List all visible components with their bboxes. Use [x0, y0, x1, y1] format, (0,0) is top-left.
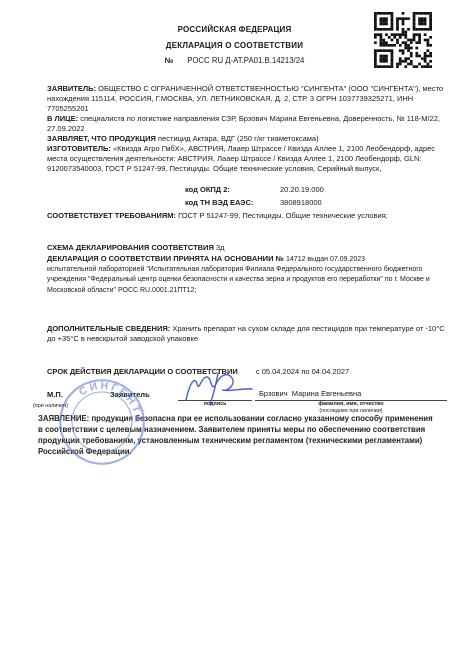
additional-info-label: ДОПОЛНИТЕЛЬНЫЕ СВЕДЕНИЯ: [47, 324, 170, 333]
basis-label: ДЕКЛАРАЦИЯ О СООТВЕТСТВИИ ПРИНЯТА НА ОСН… [47, 254, 284, 263]
manufacturer-section: ИЗГОТОВИТЕЛЬ: «Квизда Агро ГмбХ», АВСТРИ… [47, 144, 447, 174]
scheme-value: 3д [216, 243, 225, 252]
statement-label: ЗАЯВЛЕНИЕ: [38, 414, 89, 423]
number-sign: № [165, 56, 174, 65]
qr-code-icon [374, 12, 432, 68]
validity-dates: с 05.04.2024 по 04.04.2027 [256, 367, 349, 376]
basis-text: испытательной лабораторией "Испытательна… [47, 265, 447, 296]
okpd-code-value: 20.20.19.000 [280, 185, 324, 194]
scheme-label: СХЕМА ДЕКЛАРИРОВАНИЯ СООТВЕТСТВИЯ [47, 243, 214, 252]
name-caption-1: фамилия, имя, отчество [255, 401, 447, 407]
in-person-label: В ЛИЦЕ: [47, 114, 78, 123]
signature-line: подпись [178, 382, 252, 401]
declaration-number: РОСС RU Д-АТ.РА01.В.14213/24 [187, 56, 304, 65]
signer-name: Брзович Марина Евгеньевна [259, 389, 361, 398]
page-title: ДЕКЛАРАЦИЯ О СООТВЕТСТВИИ [47, 41, 422, 50]
conforms-label: СООТВЕТСТВУЕТ ТРЕБОВАНИЯМ: [47, 211, 176, 220]
declares-section: ЗАЯВЛЯЕТ, ЧТО ПРОДУКЦИЯ пестицид Актара,… [47, 134, 447, 144]
statement-section: ЗАЯВЛЕНИЕ: продукция безопасна при ее ис… [38, 413, 434, 457]
basis-ref: 14712 выдан 07.09.2023 [286, 256, 365, 263]
header-country: РОССИЙСКАЯ ФЕДЕРАЦИЯ [47, 25, 422, 34]
tnved-code-label: код ТН ВЭД ЕАЭС: [185, 198, 254, 207]
conforms-section: СООТВЕТСТВУЕТ ТРЕБОВАНИЯМ: ГОСТ Р 51247-… [47, 211, 447, 221]
declares-text: пестицид Актара, ВДГ (250 г/кг тиаметокс… [158, 134, 319, 143]
validity-label: СРОК ДЕЙСТВИЯ ДЕКЛАРАЦИИ О СООТВЕТСТВИИ [47, 367, 238, 376]
applicant-section: ЗАЯВИТЕЛЬ: ОБЩЕСТВО С ОГРАНИЧЕННОЙ ОТВЕТ… [47, 84, 447, 114]
okpd-code-label: код ОКПД 2: [185, 185, 230, 194]
scheme-section: СХЕМА ДЕКЛАРИРОВАНИЯ СООТВЕТСТВИЯ 3д [47, 243, 447, 253]
applicant-word: Заявитель [110, 390, 150, 399]
mp-label: М.П. [47, 390, 63, 399]
mp-note: (при наличии) [33, 403, 68, 409]
tnved-code-row: код ТН ВЭД ЕАЭС: 3808918000 [47, 198, 447, 210]
in-person-text: специалиста по логистике направления СЗР… [47, 114, 440, 133]
declaration-document: РОССИЙСКАЯ ФЕДЕРАЦИЯ ДЕКЛАРАЦИЯ О СООТВЕ… [0, 0, 459, 650]
statement-text: продукция безопасна при ее использовании… [38, 414, 433, 456]
manufacturer-label: ИЗГОТОВИТЕЛЬ: [47, 144, 111, 153]
additional-info-section: ДОПОЛНИТЕЛЬНЫЕ СВЕДЕНИЯ: Хранить препара… [47, 324, 447, 344]
applicant-text: ОБЩЕСТВО С ОГРАНИЧЕННОЙ ОТВЕТСТВЕННОСТЬЮ… [47, 84, 443, 113]
tnved-code-value: 3808918000 [280, 198, 322, 207]
basis-section: ДЕКЛАРАЦИЯ О СООТВЕТСТВИИ ПРИНЯТА НА ОСН… [47, 254, 447, 265]
validity-section: СРОК ДЕЙСТВИЯ ДЕКЛАРАЦИИ О СООТВЕТСТВИИ … [47, 367, 447, 377]
signature-caption: подпись [178, 401, 252, 407]
okpd-code-row: код ОКПД 2: 20.20.19.000 [47, 185, 447, 197]
declares-label: ЗАЯВЛЯЕТ, ЧТО ПРОДУКЦИЯ [47, 134, 156, 143]
conforms-text: ГОСТ Р 51247-99, Пестициды. Общие технич… [178, 211, 388, 220]
declaration-number-row: № РОСС RU Д-АТ.РА01.В.14213/24 [47, 56, 422, 65]
in-person-section: В ЛИЦЕ: специалиста по логистике направл… [47, 114, 447, 134]
name-line: Брзович Марина Евгеньевна фамилия, имя, … [255, 382, 447, 401]
applicant-label: ЗАЯВИТЕЛЬ: [47, 84, 96, 93]
